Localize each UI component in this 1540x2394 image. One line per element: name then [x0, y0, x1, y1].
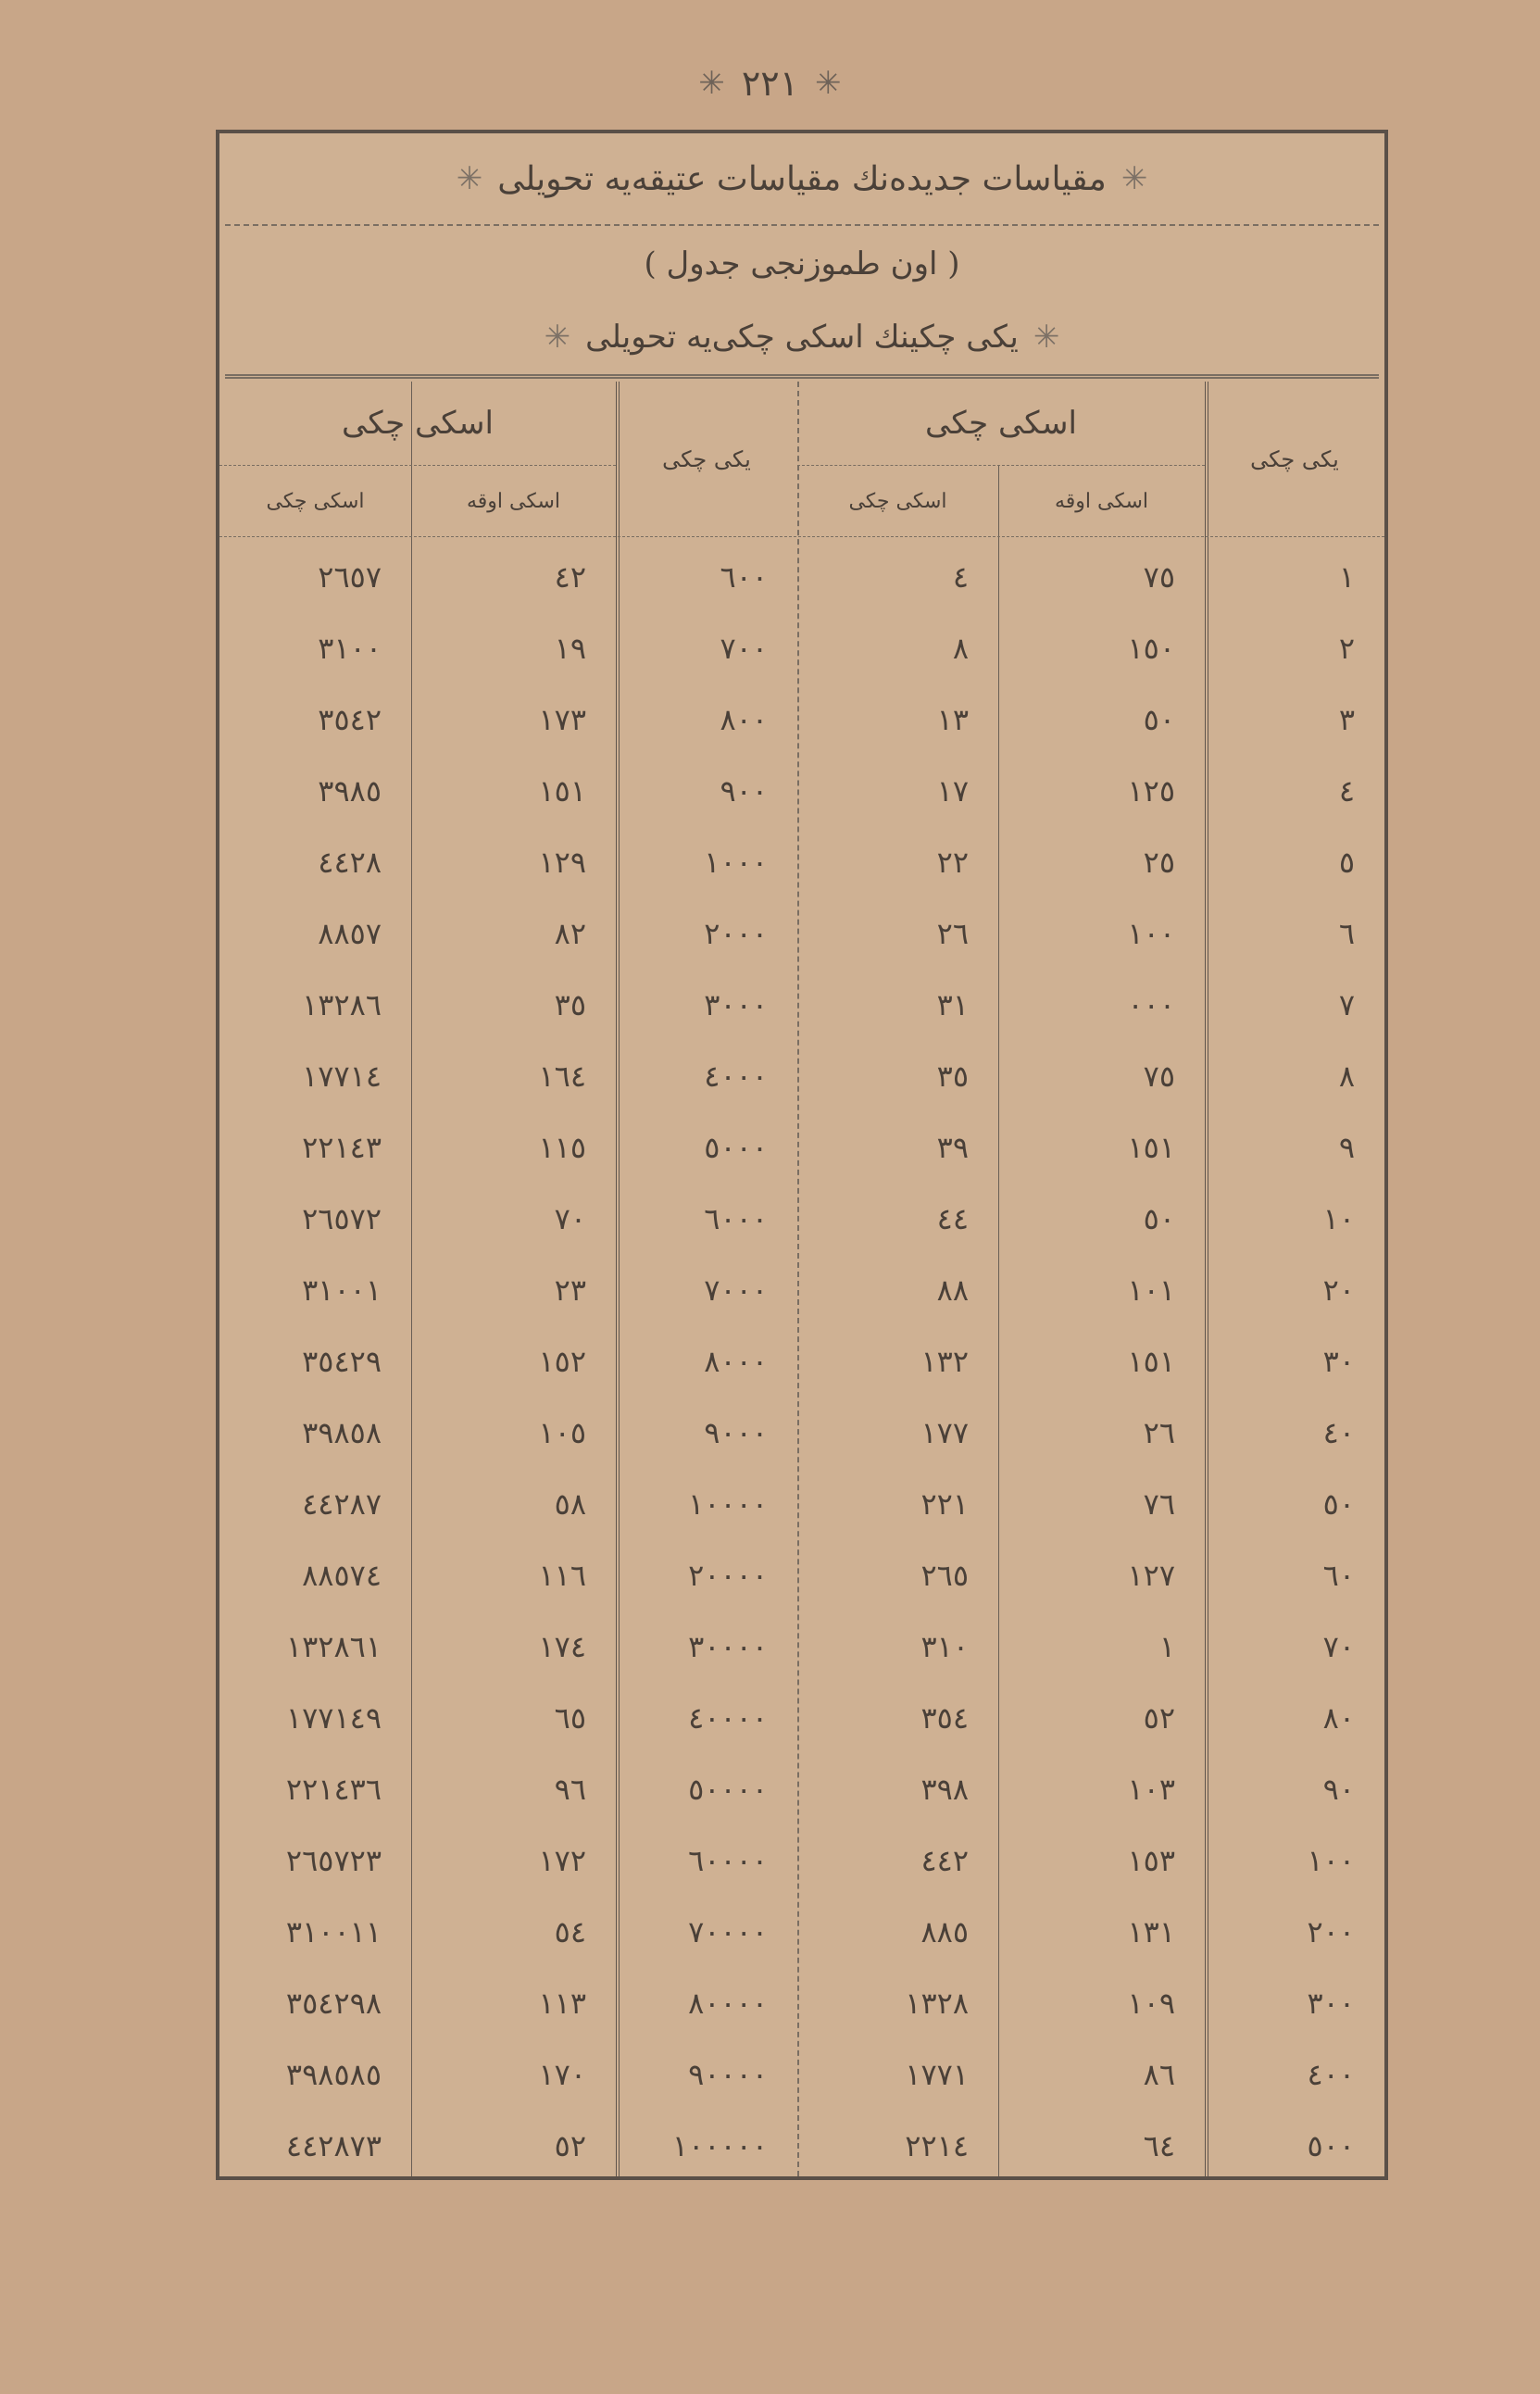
table-subtitle: ✳ یکی چکینك اسکی چکی‌یه تحویلی ✳	[225, 300, 1379, 379]
cell-left-ceki: ٣١٠٠	[219, 612, 411, 683]
cell-right-yeni: ٢	[1205, 612, 1384, 683]
ornament-icon: ✳	[545, 319, 571, 356]
cell-left-okka: ١١٣	[411, 1967, 616, 2038]
cell-left-okka: ٧٠	[411, 1183, 616, 1254]
cell-right-okka: ١٢٧	[998, 1539, 1205, 1611]
cell-left-ceki: ٣٥٤٢٩٨	[219, 1967, 411, 2038]
cell-left-ceki: ٣٥٤٢٩	[219, 1325, 411, 1397]
table-name-text: ( اون طموزنجی جدول )	[644, 245, 959, 282]
cell-left-okka: ٥٢	[411, 2110, 616, 2181]
table-row: ٢٢١٤٣١١٥٥٠٠٠٣٩١٥١٩	[219, 1111, 1384, 1183]
cell-left-okka: ١١٥	[411, 1111, 616, 1183]
cell-right-yeni: ٤	[1205, 755, 1384, 826]
cell-left-ceki: ١٣٢٨٦١	[219, 1611, 411, 1682]
cell-right-yeni: ٢٠	[1205, 1254, 1384, 1325]
cell-right-ceki: ٤	[797, 541, 998, 612]
cell-left-okka: ٩٦	[411, 1753, 616, 1824]
ornament-icon: ✳	[1121, 160, 1148, 197]
cell-right-ceki: ٨٨	[797, 1254, 998, 1325]
header-eski-okka: اسکی اوقه	[998, 467, 1205, 536]
cell-left-yeni: ٥٠٠٠	[616, 1111, 797, 1183]
cell-left-okka: ١٧٢	[411, 1824, 616, 1896]
cell-right-okka: ٥٠	[998, 683, 1205, 755]
header-eski-ceki: اسکی چکی	[797, 467, 998, 536]
table-row: ١٣٢٨٦١١٧٤٣٠٠٠٠٣١٠١٧٠	[219, 1611, 1384, 1682]
cell-left-yeni: ٧٠٠٠٠	[616, 1896, 797, 1967]
cell-right-ceki: ٤٤	[797, 1183, 998, 1254]
ornament-icon: ✳	[1033, 319, 1060, 356]
cell-right-okka: ٢٦	[998, 1397, 1205, 1468]
cell-left-okka: ١٩	[411, 612, 616, 683]
table-row: ١٣٢٨٦٣٥٣٠٠٠٣١٠٠٠٧	[219, 969, 1384, 1040]
cell-left-ceki: ٤٤٢٨	[219, 826, 411, 897]
cell-left-yeni: ٣٠٠٠٠	[616, 1611, 797, 1682]
cell-left-ceki: ٣١٠٠١	[219, 1254, 411, 1325]
header-eski-ceki-group: اسکی چکی	[797, 382, 1205, 465]
cell-right-okka: ٥٢	[998, 1682, 1205, 1753]
cell-right-yeni: ٤٠	[1205, 1397, 1384, 1468]
table-row: ٤٤٢٨١٢٩١٠٠٠٢٢٢٥٥	[219, 826, 1384, 897]
cell-left-ceki: ٣٩٨٥	[219, 755, 411, 826]
cell-right-yeni: ١٠٠	[1205, 1824, 1384, 1896]
cell-left-yeni: ٨٠٠٠٠	[616, 1967, 797, 2038]
cell-right-ceki: ١٧٧١	[797, 2038, 998, 2110]
cell-right-yeni: ٥٠٠	[1205, 2110, 1384, 2181]
cell-left-ceki: ٨٨٥٧٤	[219, 1539, 411, 1611]
cell-right-yeni: ٩٠	[1205, 1753, 1384, 1824]
cell-right-yeni: ٢٠٠	[1205, 1896, 1384, 1967]
cell-left-okka: ٥٨	[411, 1468, 616, 1539]
header-eski-okka: اسکی اوقه	[411, 467, 616, 536]
cell-left-ceki: ٣٩٨٥٨٥	[219, 2038, 411, 2110]
header-yeni-ceki: یکی چکی	[616, 382, 797, 536]
cell-right-okka: ١٣١	[998, 1896, 1205, 1967]
cell-right-yeni: ٥٠	[1205, 1468, 1384, 1539]
table-row: ٢٦٥٧٤٢٦٠٠٤٧٥١	[219, 541, 1384, 612]
cell-right-okka: ٧٥	[998, 541, 1205, 612]
cell-left-okka: ٢٣	[411, 1254, 616, 1325]
conversion-table: ✳ مقیاسات جدیده‌نك مقیاسات عتیقه‌یه تحوی…	[216, 130, 1388, 2180]
header-divider	[797, 465, 1205, 466]
cell-left-okka: ٣٥	[411, 969, 616, 1040]
page-number: ✳ ٢٢١ ✳	[0, 57, 1540, 109]
table-row: ٣٩٨٥٨١٠٥٩٠٠٠١٧٧٢٦٤٠	[219, 1397, 1384, 1468]
cell-left-okka: ١٧٤	[411, 1611, 616, 1682]
cell-right-yeni: ٤٠٠	[1205, 2038, 1384, 2110]
cell-left-yeni: ٧٠٠	[616, 612, 797, 683]
cell-right-okka: ١٢٥	[998, 755, 1205, 826]
cell-right-okka: ١٠٩	[998, 1967, 1205, 2038]
cell-right-yeni: ٣٠	[1205, 1325, 1384, 1397]
table-row: ٣٥٤٢٩٨١١٣٨٠٠٠٠١٣٢٨١٠٩٣٠٠	[219, 1967, 1384, 2038]
cell-left-yeni: ١٠٠٠	[616, 826, 797, 897]
table-grid: اسکی چکی اسکی چکی اسکی اوقه یکی چکی اسکی…	[219, 382, 1384, 2176]
cell-right-ceki: ١٧٧	[797, 1397, 998, 1468]
cell-right-ceki: ٣٩٨	[797, 1753, 998, 1824]
cell-left-yeni: ٢٠٠٠٠	[616, 1539, 797, 1611]
cell-left-ceki: ٣١٠٠١١	[219, 1896, 411, 1967]
cell-right-okka: ١٠٠	[998, 897, 1205, 969]
table-row: ١٧٧١٤٩٦٥٤٠٠٠٠٣٥٤٥٢٨٠	[219, 1682, 1384, 1753]
cell-left-ceki: ٣٥٤٢	[219, 683, 411, 755]
ornament-icon: ✳	[815, 65, 842, 102]
cell-left-okka: ١٢٩	[411, 826, 616, 897]
cell-right-ceki: ١٣	[797, 683, 998, 755]
table-row: ٣١٠٠١٢٣٧٠٠٠٨٨١٠١٢٠	[219, 1254, 1384, 1325]
table-row: ٣١٠٠١١٥٤٧٠٠٠٠٨٨٥١٣١٢٠٠	[219, 1896, 1384, 1967]
cell-right-yeni: ٨٠	[1205, 1682, 1384, 1753]
cell-left-ceki: ٢٦٥٧٢٣	[219, 1824, 411, 1896]
cell-right-ceki: ١٧	[797, 755, 998, 826]
cell-right-okka: ١٥٠	[998, 612, 1205, 683]
table-title-text: مقیاسات جدیده‌نك مقیاسات عتیقه‌یه تحویلی	[497, 160, 1107, 198]
cell-left-yeni: ١٠٠٠٠	[616, 1468, 797, 1539]
table-row: ٢٦٥٧٢٧٠٦٠٠٠٤٤٥٠١٠	[219, 1183, 1384, 1254]
cell-left-yeni: ١٠٠٠٠٠	[616, 2110, 797, 2181]
table-row: ٣٩٨٥٨٥١٧٠٩٠٠٠٠١٧٧١٨٦٤٠٠	[219, 2038, 1384, 2110]
cell-right-yeni: ٧	[1205, 969, 1384, 1040]
cell-left-okka: ٦٥	[411, 1682, 616, 1753]
cell-left-yeni: ٧٠٠٠	[616, 1254, 797, 1325]
cell-left-ceki: ١٣٢٨٦	[219, 969, 411, 1040]
cell-left-ceki: ٤٤٢٨٧٣	[219, 2110, 411, 2181]
cell-left-okka: ٤٢	[411, 541, 616, 612]
cell-left-yeni: ٩٠٠٠	[616, 1397, 797, 1468]
cell-left-ceki: ١٧٧١٤	[219, 1040, 411, 1111]
header-yeni-ceki: یکی چکی	[1205, 382, 1384, 536]
header-bottom-line	[219, 536, 1384, 537]
cell-right-ceki: ٢٦٥	[797, 1539, 998, 1611]
table-row: ٤٤٢٨٧٥٨١٠٠٠٠٢٢١٧٦٥٠	[219, 1468, 1384, 1539]
cell-left-yeni: ٤٠٠٠	[616, 1040, 797, 1111]
cell-left-okka: ١٧٣	[411, 683, 616, 755]
cell-left-okka: ١٠٥	[411, 1397, 616, 1468]
cell-left-yeni: ٨٠٠	[616, 683, 797, 755]
cell-left-yeni: ٦٠٠٠٠	[616, 1824, 797, 1896]
cell-left-okka: ٥٤	[411, 1896, 616, 1967]
cell-right-ceki: ٨	[797, 612, 998, 683]
cell-right-yeni: ٦٠	[1205, 1539, 1384, 1611]
cell-right-ceki: ٢٢١	[797, 1468, 998, 1539]
table-row: ٣٩٨٥١٥١٩٠٠١٧١٢٥٤	[219, 755, 1384, 826]
table-subtitle-text: یکی چکینك اسکی چکی‌یه تحویلی	[585, 319, 1019, 356]
cell-right-yeni: ١	[1205, 541, 1384, 612]
cell-left-ceki: ٢٢١٤٣	[219, 1111, 411, 1183]
cell-right-okka: ٥٠	[998, 1183, 1205, 1254]
cell-right-okka: ٠٠٠	[998, 969, 1205, 1040]
cell-left-yeni: ٨٠٠٠	[616, 1325, 797, 1397]
cell-right-okka: ١٥١	[998, 1111, 1205, 1183]
cell-left-okka: ١١٦	[411, 1539, 616, 1611]
cell-left-ceki: ١٧٧١٤٩	[219, 1682, 411, 1753]
table-row: ٣١٠٠١٩٧٠٠٨١٥٠٢	[219, 612, 1384, 683]
cell-right-okka: ٨٦	[998, 2038, 1205, 2110]
cell-left-ceki: ٢٦٥٧٢	[219, 1183, 411, 1254]
cell-left-yeni: ٦٠٠	[616, 541, 797, 612]
cell-right-ceki: ٣٥	[797, 1040, 998, 1111]
table-row: ٤٤٢٨٧٣٥٢١٠٠٠٠٠٢٢١٤٦٤٥٠٠	[219, 2110, 1384, 2181]
cell-left-yeni: ٦٠٠٠	[616, 1183, 797, 1254]
cell-right-ceki: ٣١	[797, 969, 998, 1040]
table-row: ٨٨٥٧٤١١٦٢٠٠٠٠٢٦٥١٢٧٦٠	[219, 1539, 1384, 1611]
cell-left-okka: ٨٢	[411, 897, 616, 969]
cell-left-yeni: ٢٠٠٠	[616, 897, 797, 969]
cell-right-yeni: ٣	[1205, 683, 1384, 755]
cell-right-yeni: ٥	[1205, 826, 1384, 897]
cell-right-ceki: ١٣٢	[797, 1325, 998, 1397]
cell-right-yeni: ٦	[1205, 897, 1384, 969]
cell-right-ceki: ٢٢١٤	[797, 2110, 998, 2181]
cell-left-yeni: ٣٠٠٠	[616, 969, 797, 1040]
ornament-icon: ✳	[698, 65, 725, 102]
table-row: ٣٥٤٢٩١٥٢٨٠٠٠١٣٢١٥١٣٠	[219, 1325, 1384, 1397]
ornament-icon: ✳	[457, 160, 483, 197]
cell-right-ceki: ١٣٢٨	[797, 1967, 998, 2038]
cell-right-yeni: ١٠	[1205, 1183, 1384, 1254]
cell-left-ceki: ٤٤٢٨٧	[219, 1468, 411, 1539]
cell-right-okka: ١٠٣	[998, 1753, 1205, 1824]
table-title: ✳ مقیاسات جدیده‌نك مقیاسات عتیقه‌یه تحوی…	[225, 133, 1379, 226]
cell-right-okka: ٧٥	[998, 1040, 1205, 1111]
cell-right-ceki: ٢٦	[797, 897, 998, 969]
cell-right-okka: ١٠١	[998, 1254, 1205, 1325]
cell-left-yeni: ٩٠٠	[616, 755, 797, 826]
cell-right-okka: ١٥٣	[998, 1824, 1205, 1896]
cell-right-ceki: ٨٨٥	[797, 1896, 998, 1967]
cell-right-yeni: ٨	[1205, 1040, 1384, 1111]
cell-right-okka: ٧٦	[998, 1468, 1205, 1539]
cell-left-okka: ١٦٤	[411, 1040, 616, 1111]
cell-right-okka: ١	[998, 1611, 1205, 1682]
cell-right-ceki: ٢٢	[797, 826, 998, 897]
cell-right-yeni: ٧٠	[1205, 1611, 1384, 1682]
table-row: ٣٥٤٢١٧٣٨٠٠١٣٥٠٣	[219, 683, 1384, 755]
page-number-text: ٢٢١	[742, 63, 798, 104]
cell-left-ceki: ٢٦٥٧	[219, 541, 411, 612]
cell-right-yeni: ٣٠٠	[1205, 1967, 1384, 2038]
table-row: ٢٢١٤٣٦٩٦٥٠٠٠٠٣٩٨١٠٣٩٠	[219, 1753, 1384, 1824]
cell-right-okka: ٦٤	[998, 2110, 1205, 2181]
cell-left-yeni: ٤٠٠٠٠	[616, 1682, 797, 1753]
cell-right-ceki: ٤٤٢	[797, 1824, 998, 1896]
table-row: ٨٨٥٧٨٢٢٠٠٠٢٦١٠٠٦	[219, 897, 1384, 969]
table-name: ( اون طموزنجی جدول )	[225, 226, 1379, 302]
cell-right-okka: ٢٥	[998, 826, 1205, 897]
cell-left-ceki: ٣٩٨٥٨	[219, 1397, 411, 1468]
header-eski-ceki: اسکی چکی	[219, 467, 411, 536]
cell-left-okka: ١٥١	[411, 755, 616, 826]
cell-left-ceki: ٢٢١٤٣٦	[219, 1753, 411, 1824]
table-row: ١٧٧١٤١٦٤٤٠٠٠٣٥٧٥٨	[219, 1040, 1384, 1111]
cell-right-ceki: ٣١٠	[797, 1611, 998, 1682]
table-row: ٢٦٥٧٢٣١٧٢٦٠٠٠٠٤٤٢١٥٣١٠٠	[219, 1824, 1384, 1896]
header-eski-ceki-group: اسکی چکی	[219, 382, 616, 465]
header-divider	[219, 465, 616, 466]
cell-right-okka: ١٥١	[998, 1325, 1205, 1397]
cell-left-ceki: ٨٨٥٧	[219, 897, 411, 969]
cell-left-okka: ١٧٠	[411, 2038, 616, 2110]
cell-right-ceki: ٣٥٤	[797, 1682, 998, 1753]
cell-right-yeni: ٩	[1205, 1111, 1384, 1183]
cell-right-ceki: ٣٩	[797, 1111, 998, 1183]
cell-left-yeni: ٩٠٠٠٠	[616, 2038, 797, 2110]
cell-left-okka: ١٥٢	[411, 1325, 616, 1397]
cell-left-yeni: ٥٠٠٠٠	[616, 1753, 797, 1824]
